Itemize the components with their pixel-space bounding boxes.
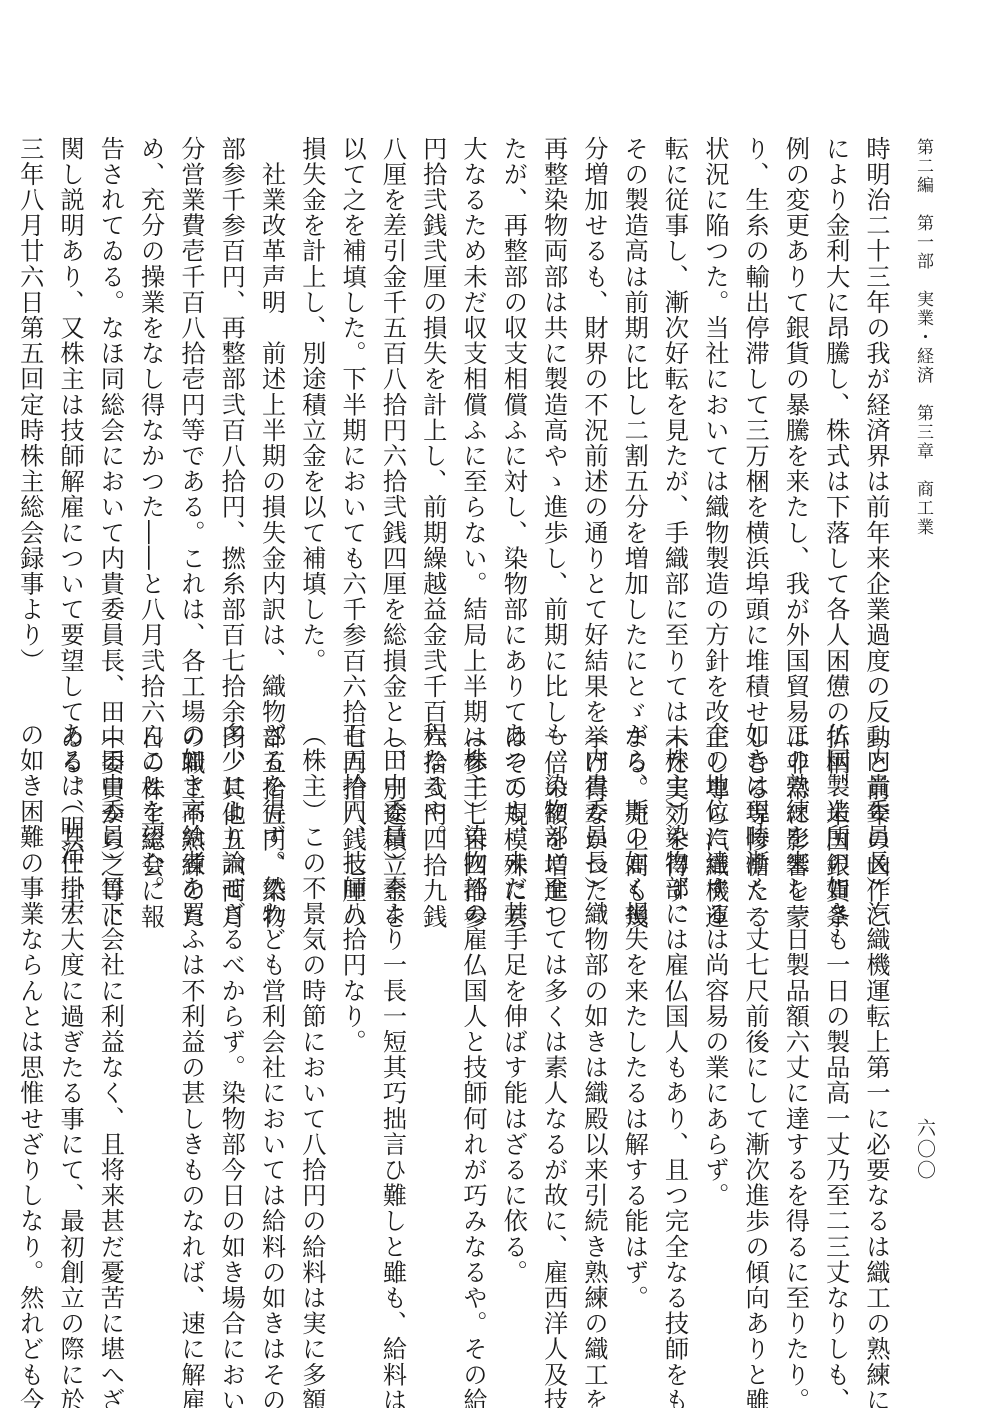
text-line: め、充分の操業をなし得なかつた――と八月弐拾六日の株主総会に報 <box>130 136 170 686</box>
text-line: んことを望む。 <box>130 722 170 1300</box>
text-line: （株主）染物部には雇仏国人もあり、且つ完全なる技師をも有しな <box>654 722 694 1300</box>
text-line: 転に従事し、漸次好転を見たが、手織部に至りては未だ実効を得ず、 <box>654 136 694 686</box>
text-line: 告されてゐる。なほ同総会において内貴委員長、田中委員から之等に <box>90 136 130 686</box>
text-line: 社業改革声明 前述上半期の損失金内訳は、織物部五拾五円、染物 <box>251 136 291 686</box>
text-line: 円拾弐銭弐厘の損失を計上し、前期繰越益金弐千百六拾弐円四拾九銭 <box>412 136 452 686</box>
running-head: 第二編 第一部 実業・経済 第三章 商工業 <box>912 138 934 537</box>
text-line: 全の地位に達するは尚容易の業にあらず。 <box>695 722 735 1300</box>
text-line: あつても、未だ其手足を伸ばす能はざるに依る。 <box>493 722 533 1300</box>
page-number: 六〇〇 <box>914 1118 936 1181</box>
text-line: （田中委員）目下会社に利益なく、且将来甚だ憂苦に堪へざるもの <box>90 722 130 1300</box>
text-line: も、染物部に至つては多くは素人なるが故に、雇西洋人及技師等に <box>533 722 573 1300</box>
text-line: 程なるや。 <box>412 722 452 1300</box>
text-line: 関し説明あり、又株主は技師解雇について要望してゐる。（明治二十 <box>50 136 90 686</box>
text-line: あるは、其仕掛宏大度に過ぎたる事にて、最初創立の際に於ては斯 <box>50 722 90 1300</box>
text-line: たが、再整部の収支相償ふに対し、染物部にありてはその規模殊に宏 <box>493 136 533 686</box>
text-line: 再整染物両部は共に製造高やゝ進歩し、前期に比し一倍の額を増進し <box>533 136 573 686</box>
document-page: 第二編 第一部 実業・経済 第三章 商工業 時明治二十三年の我が経済界は前年来企… <box>0 0 1004 1408</box>
text-line: 分増加せるも、財界の不況前述の通りとて好結果を挙げ得なかつた。 <box>574 136 614 686</box>
bottom-section-text: （内貴委員長）汽織機運転上第一に必要なるは織工の熟練にして、 仏国製造所の如きも… <box>9 722 896 1300</box>
text-line: 三年八月廿六日第五回定時株主総会録事より） <box>9 136 49 686</box>
text-line: の如き困難の事業ならんとは思惟せざりしなり。然れども今日に於 <box>9 722 49 1300</box>
top-section-text: 時明治二十三年の我が経済界は前年来企業過度の反動と前年の凶作と により金利大に昂… <box>9 136 896 686</box>
text-line: 時明治二十三年の我が経済界は前年来企業過度の反動と前年の凶作と <box>856 136 896 686</box>
text-line: 分営業費壱千百八拾壱円等である。これは、各工場の職工不熟練のた <box>171 136 211 686</box>
text-line: 工の熟練を来し一日製品額六丈に達するを得るに至りたり。本社の <box>775 722 815 1300</box>
text-line: （株主）この不景気の時節において八拾円の給料は実に多額と言は <box>292 722 332 1300</box>
text-line: 以て之を補填した。下半期においても六千参百六拾七円拾八銭七厘の <box>332 136 372 686</box>
text-line: 多少により論ぜざるべからず。染物部今日の如き場合において、斯 <box>211 722 251 1300</box>
text-line: （田中委員）素より一長一短其巧拙言ひ難しと雖も、給料は仏国人 <box>372 722 412 1300</box>
text-line: 百五拾円、技師八拾円なり。 <box>332 722 372 1300</box>
text-line: 損失金を計上し、別途積立金を以て補填した。 <box>292 136 332 686</box>
text-line: 如きは現時漸く一丈七尺前後にして漸次進歩の傾向ありと雖も、完 <box>735 722 775 1300</box>
text-line: （内貴委員長）織物部の如きは織殿以来引続き熟練の織工を有する <box>574 722 614 1300</box>
text-line: （株主）染物部の雇仏国人と技師何れが巧みなるや。その給料は何 <box>453 722 493 1300</box>
text-line: 大なるため未だ収支相償ふに至らない。結局上半期は参千七百四拾参 <box>453 136 493 686</box>
text-line: ざるを得ず。然れども営利会社においては給料の如きはその損益の <box>251 722 291 1300</box>
text-line: 状況に陥つた。当社においては織物製造の方針を改正し専ら汽織機運 <box>695 136 735 686</box>
text-line: の如き高給者を買ふは不利益の甚しきものなれば、速に解雇せられ <box>171 722 211 1300</box>
text-line: り、生糸の輸出停滞して三万梱を横浜埠頭に堆積せしむる等惨憺たる <box>735 136 775 686</box>
text-line: （内貴委員長）汽織機運転上第一に必要なるは織工の熟練にして、 <box>856 722 896 1300</box>
text-line: がら、斯の如く損失を来たしたるは解する能はず。 <box>614 722 654 1300</box>
text-line: により金利大に昂騰し、株式は下落して各人困憊の折柄、米国銀貨条 <box>815 136 855 686</box>
text-line: 仏国製造所の如きも一日の製品高一丈乃至二三丈なりしも、近時織 <box>815 722 855 1300</box>
text-line: 八厘を差引金千五百八拾円六拾弐銭四厘を総損金とし、別途積立金を <box>372 136 412 686</box>
text-line: 部参千参百円、再整部弐百八拾円、撚糸部百七拾余円、其他五六両月 <box>211 136 251 686</box>
text-line: その製造高は前期に比し二割五分を増加したにとゞまる。売上高も幾 <box>614 136 654 686</box>
text-line: 例の変更ありて銀貨の暴騰を来たし、我が外国貿易は非常に影響を蒙 <box>775 136 815 686</box>
